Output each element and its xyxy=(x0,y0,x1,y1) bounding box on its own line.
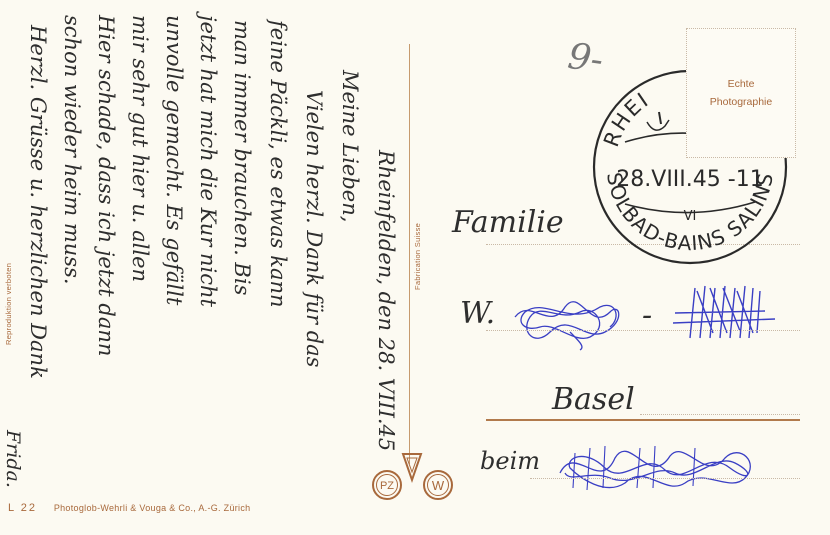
message-line: Hier schade, dass ich jetzt dann xyxy=(94,15,118,356)
address-line-4-prefix: beim xyxy=(480,447,540,475)
stamp-box-line2: Photographie xyxy=(710,93,772,111)
stamp-box: Echte Photographie xyxy=(686,28,796,158)
series-code: L 22 xyxy=(8,502,37,514)
message-line: schon wieder heim muss. xyxy=(60,15,84,285)
message-line: jetzt hat mich die Kur nicht xyxy=(196,15,220,307)
svg-text:W: W xyxy=(432,478,445,493)
redacted-name-scribble xyxy=(510,292,630,352)
center-divider xyxy=(409,44,410,464)
address-dotted-line-4 xyxy=(530,478,800,479)
postcard-back: Rheinfelden, den 28. VIII.45 Meine Liebe… xyxy=(0,0,830,535)
postmark-date: 28.VIII.45 -11 xyxy=(616,167,763,192)
message-line: feine Päckli, es etwas kann xyxy=(266,20,290,308)
message-line-closing: Herzl. Grüsse u. herzlichen Dank xyxy=(26,25,50,379)
address-dotted-line-3 xyxy=(640,414,800,415)
signature: Frida. xyxy=(2,430,24,488)
redacted-city-scribble xyxy=(665,283,785,343)
v-logo-icon xyxy=(403,454,421,480)
address-rule xyxy=(486,419,800,421)
message-line-date: Rheinfelden, den 28. VIII.45 xyxy=(374,150,398,451)
redacted-recipient-scribble xyxy=(555,438,765,498)
fabrication-notice: Fabrication Suisse xyxy=(413,223,422,290)
address-line-2-prefix: W. xyxy=(460,296,495,331)
postmark-code: VI xyxy=(684,209,697,224)
w-logo-icon: W xyxy=(424,471,452,499)
message-line: man immer brauchen. Bis xyxy=(230,20,254,295)
postmark-emblem-icon xyxy=(647,112,669,130)
address-line-2-separator: - xyxy=(642,298,652,333)
message-line: unvolle gemacht. Es gefällt xyxy=(162,15,186,305)
reproduction-notice: Reproduktion verboten xyxy=(4,263,13,345)
address-line-1: Familie xyxy=(452,205,564,240)
stamp-box-line1: Echte xyxy=(728,75,755,93)
message-line: Vielen herzl. Dank für das xyxy=(302,90,326,367)
publisher-logos: PZ W xyxy=(370,450,460,510)
publisher-imprint: L 22 Photoglob-Wehrli & Vouga & Co., A.-… xyxy=(8,502,250,514)
publisher-name: Photoglob-Wehrli & Vouga & Co., A.-G. Zü… xyxy=(54,503,251,513)
svg-text:PZ: PZ xyxy=(380,480,394,492)
message-line: mir sehr gut hier u. allen xyxy=(128,15,152,282)
address-dotted-line-2 xyxy=(486,330,800,331)
address-line-3: Basel xyxy=(552,382,635,417)
message-line-salutation: Meine Lieben, xyxy=(338,70,362,222)
pz-logo-icon: PZ xyxy=(373,471,401,499)
